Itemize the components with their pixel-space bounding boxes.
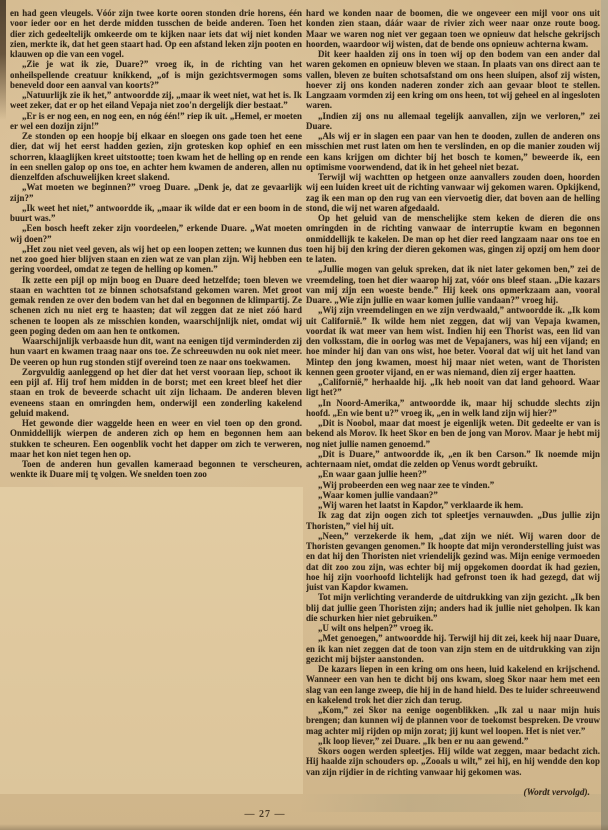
paragraph: „Natuurlijk zie ik het,” antwoordde zij,… (10, 90, 302, 111)
paragraph: „Californië,” herhaalde hij. „Ik heb noo… (306, 377, 600, 398)
paragraph: „Wij waren het laatst in Kapdor,” verkla… (306, 500, 600, 510)
continuation-note: (Wordt vervolgd). (306, 787, 600, 797)
paragraph: „Wij probeerden een weg naar zee te vind… (306, 480, 600, 490)
paragraph: „En waar gaan jullie heen?” (306, 469, 600, 479)
paragraph: Terwijl wij wachtten op hetgeen onze aan… (306, 172, 600, 213)
paragraph: Waarschijnlijk verbaasde hun dit, want n… (10, 336, 302, 367)
paragraph: Tot mijn verlichting veranderde de uitdr… (306, 592, 600, 623)
paragraph: „In Noord-Amerika,” antwoordde ik, maar … (306, 398, 600, 419)
paragraph: „Het zou niet veel geven, als wij het op… (10, 244, 302, 275)
paragraph: „Ik weet het niet,” antwoordde ik, „maar… (10, 203, 302, 224)
paragraph: Ik zag dat zijn oogen zich tot spleetjes… (306, 510, 600, 531)
blank-area (0, 487, 303, 794)
paragraph: Skors oogen werden spleetjes. Hij wilde … (306, 746, 600, 777)
text-column-left: en had geen vleugels. Vóór zijn twee kor… (10, 8, 302, 478)
paragraph: „U wilt ons helpen?” vroeg ik. (306, 623, 600, 633)
paragraph: „Wat moeten we beginnen?” vroeg Duare. „… (10, 182, 302, 203)
scan-edge-left (0, 0, 6, 120)
scan-edge-bottom (0, 824, 608, 830)
paragraph: „Ik loop liever,” zei Duare. „Ik ben er … (306, 736, 600, 746)
scan-edge-right (601, 0, 608, 830)
paragraph: Dit keer haalden zij ons in toen wij op … (306, 49, 600, 111)
paragraph: Het gewonde dier waggelde heen en weer e… (10, 418, 302, 459)
paragraph: en had geen vleugels. Vóór zijn twee kor… (10, 8, 302, 59)
paragraph: Zorgvuldig aanleggend op het dier dat he… (10, 367, 302, 418)
paragraph: „Dit is Duare,” antwoordde ik, „en ik be… (306, 449, 600, 470)
paragraph: „Als wij er in slagen een paar van hen t… (306, 131, 600, 172)
paragraph: Op het geluid van de menschelijke stem k… (306, 213, 600, 264)
paragraph: „Zie je wat ik zie, Duare?” vroeg ik, in… (10, 59, 302, 90)
magazine-page: en had geen vleugels. Vóór zijn twee kor… (0, 0, 608, 830)
paragraph: „Er is er nog een, en nog een, en nóg éé… (10, 111, 302, 132)
paragraph: „Jullie mogen van geluk spreken, dat ik … (306, 264, 600, 305)
paragraph: „Neen,” verzekerde ik hem, „dat zijn we … (306, 531, 600, 593)
paragraph: Toen de anderen hun gevallen kameraad be… (10, 459, 302, 478)
paragraph: Ze stonden op een hoopje bij elkaar en s… (10, 131, 302, 182)
paragraph: „Dit is Noobol, maar dat moest je eigenl… (306, 418, 600, 449)
paragraph: „Met genoegen,” antwoordde hij. Terwijl … (306, 633, 600, 664)
paragraph: „Indien zij ons nu allemaal tegelijk aan… (306, 111, 600, 132)
paragraph: De kazars liepen in een kring om ons hee… (306, 664, 600, 705)
paragraph: „Kom,” zei Skor na eenige oogenblikken. … (306, 705, 600, 736)
paragraph: „Een bosch heeft zeker zijn voordeelen,”… (10, 223, 302, 244)
paragraph: hard we konden naar de boomen, die we on… (306, 8, 600, 49)
text-column-right: hard we konden naar de boomen, die we on… (306, 8, 600, 822)
page-number: — 27 — (0, 809, 530, 820)
paragraph: Ik zette een pijl op mijn boog en Duare … (10, 275, 302, 337)
paragraph: „Waar komen jullie vandaan?” (306, 490, 600, 500)
paragraph: „Wij zijn vreemdelingen en we zijn verdw… (306, 305, 600, 377)
